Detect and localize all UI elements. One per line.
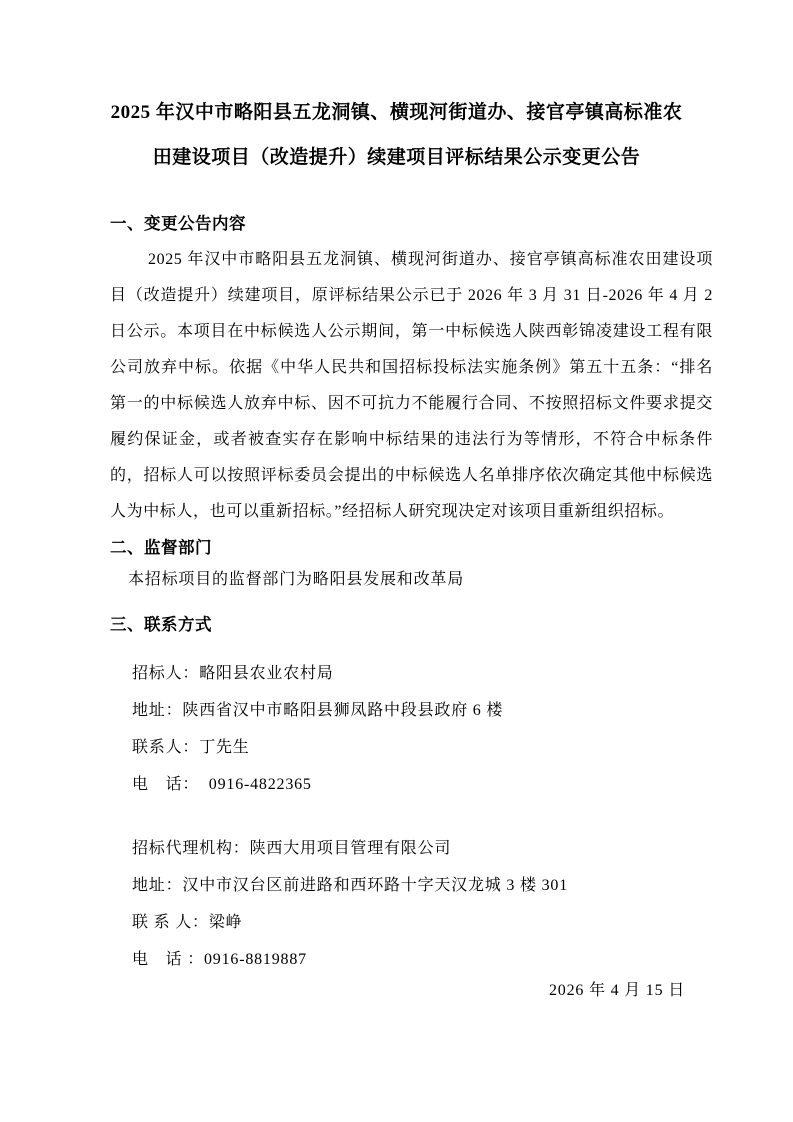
section-heading-contact: 三、联系方式 (110, 611, 713, 639)
tenderer-contact-person-line: 联系人：丁先生 (110, 729, 713, 766)
agency-address-line: 地址：汉中市汉台区前进路和西环路十字天汉龙城 3 楼 301 (110, 867, 713, 904)
document-page: 2025 年汉中市略阳县五龙洞镇、横现河街道办、接官亭镇高标准农 田建设项目（改… (0, 0, 793, 1122)
supervision-department-text: 本招标项目的监督部门为略阳县发展和改革局 (110, 562, 713, 598)
change-notice-paragraph: 2025 年汉中市略阳县五龙洞镇、横现河街道办、接官亭镇高标准农田建设项目（改造… (110, 242, 713, 530)
tenderer-address-line: 地址：陕西省汉中市略阳县狮凤路中段县政府 6 楼 (110, 692, 713, 729)
document-title: 2025 年汉中市略阳县五龙洞镇、横现河街道办、接官亭镇高标准农 田建设项目（改… (95, 90, 698, 180)
tenderer-name-line: 招标人：略阳县农业农村局 (110, 655, 713, 692)
agency-name-line: 招标代理机构：陕西大用项目管理有限公司 (110, 830, 713, 867)
document-title-line-2: 田建设项目（改造提升）续建项目评标结果公示变更公告 (95, 135, 698, 180)
section-heading-change-notice: 一、变更公告内容 (110, 210, 713, 238)
tenderer-contact-block: 招标人：略阳县农业农村局 地址：陕西省汉中市略阳县狮凤路中段县政府 6 楼 联系… (110, 655, 713, 803)
tenderer-phone-line: 电 话： 0916-4822365 (110, 766, 713, 803)
section-heading-supervision: 二、监督部门 (110, 534, 713, 562)
agency-contact-block: 招标代理机构：陕西大用项目管理有限公司 地址：汉中市汉台区前进路和西环路十字天汉… (110, 830, 713, 978)
document-title-line-1: 2025 年汉中市略阳县五龙洞镇、横现河街道办、接官亭镇高标准农 (95, 90, 698, 135)
agency-contact-person-line: 联 系 人：梁峥 (110, 904, 713, 941)
